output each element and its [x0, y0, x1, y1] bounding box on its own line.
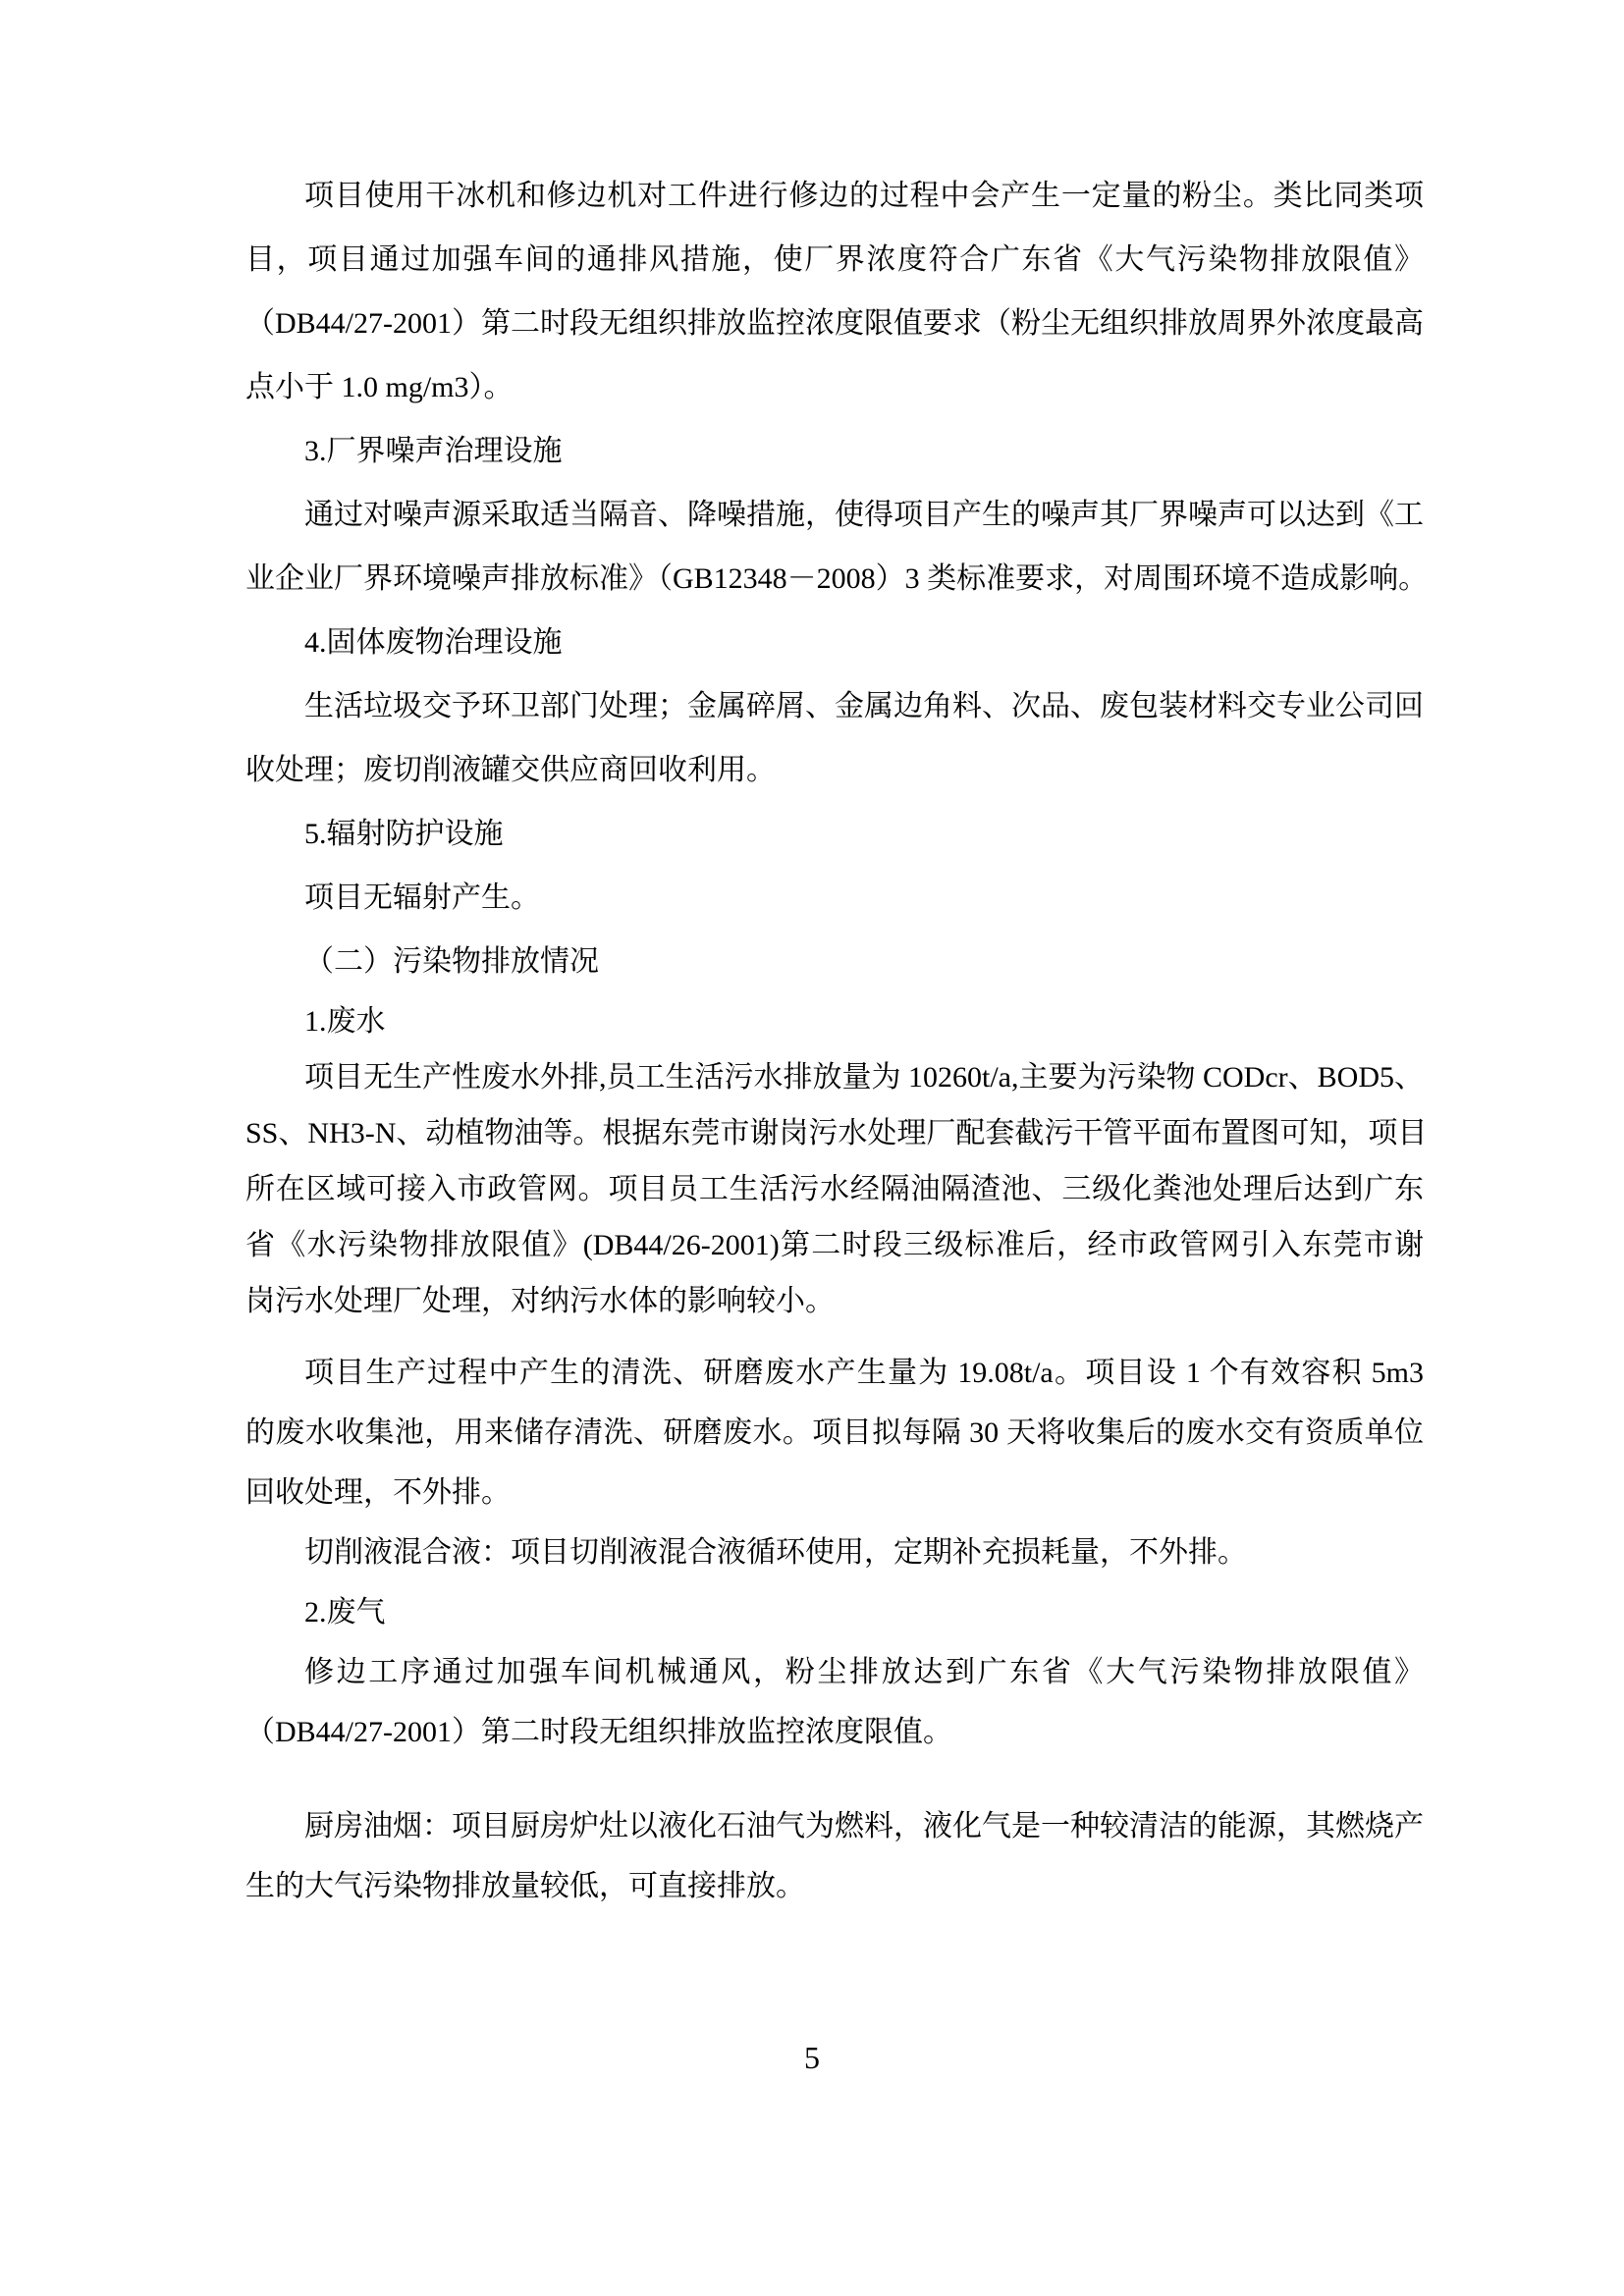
paragraph-line: 目，项目通过加强车间的通排风措施，使厂界浓度符合广东省《大气污染物排放限值》 [245, 228, 1424, 292]
paragraph-block: 项目无辐射产生。 [245, 866, 1424, 930]
document-body: 项目使用干冰机和修边机对工件进行修边的过程中会产生一定量的粉尘。类比同类项目，项… [245, 164, 1424, 1916]
heading-line: 5.辐射防护设施 [245, 802, 1424, 866]
page-number: 5 [0, 2040, 1624, 2075]
heading-block: 5.辐射防护设施 [245, 802, 1424, 866]
heading-line: （二）污染物排放情况 [245, 930, 1424, 993]
paragraph-block: 生活垃圾交予环卫部门处理；金属碎屑、金属边角料、次品、废包装材料交专业公司回收处… [245, 674, 1424, 802]
paragraph-line: 项目生产过程中产生的清洗、研磨废水产生量为 19.08t/a。项目设 1 个有效… [245, 1343, 1424, 1403]
heading-block: 4.固体废物治理设施 [245, 611, 1424, 674]
paragraph-line: 收处理；废切削液罐交供应商回收利用。 [245, 738, 1424, 802]
paragraph-line: 厨房油烟：项目厨房炉灶以液化石油气为燃料，液化气是一种较清洁的能源，其燃烧产 [245, 1796, 1424, 1856]
paragraph-line: 岗污水处理厂处理，对纳污水体的影响较小。 [245, 1273, 1424, 1329]
paragraph-line: （DB44/27-2001）第二时段无组织排放监控浓度限值。 [245, 1702, 1424, 1762]
paragraph-line: 业企业厂界环境噪声排放标准》（GB12348－2008）3 类标准要求，对周围环… [245, 547, 1424, 611]
paragraph-line: 项目无生产性废水外排,员工生活污水排放量为 10260t/a,主要为污染物 CO… [245, 1049, 1424, 1105]
paragraph-line: 切削液混合液：项目切削液混合液循环使用，定期补充损耗量，不外排。 [245, 1522, 1424, 1582]
paragraph-block: 项目生产过程中产生的清洗、研磨废水产生量为 19.08t/a。项目设 1 个有效… [245, 1343, 1424, 1522]
paragraph-line: （DB44/27-2001）第二时段无组织排放监控浓度限值要求（粉尘无组织排放周… [245, 292, 1424, 355]
heading-line: 3.厂界噪声治理设施 [245, 419, 1424, 483]
document-page: 项目使用干冰机和修边机对工件进行修边的过程中会产生一定量的粉尘。类比同类项目，项… [0, 0, 1624, 2296]
paragraph-line: 回收处理，不外排。 [245, 1463, 1424, 1522]
paragraph-block: 项目使用干冰机和修边机对工件进行修边的过程中会产生一定量的粉尘。类比同类项目，项… [245, 164, 1424, 419]
paragraph-line: 的废水收集池，用来储存清洗、研磨废水。项目拟每隔 30 天将收集后的废水交有资质… [245, 1403, 1424, 1463]
paragraph-line: 项目无辐射产生。 [245, 866, 1424, 930]
heading-block: （二）污染物排放情况 [245, 930, 1424, 993]
paragraph-line: 省《水污染物排放限值》(DB44/26-2001)第二时段三级标准后，经市政管网… [245, 1217, 1424, 1273]
heading-block: 3.厂界噪声治理设施 [245, 419, 1424, 483]
paragraph-block: 项目无生产性废水外排,员工生活污水排放量为 10260t/a,主要为污染物 CO… [245, 1049, 1424, 1329]
heading-line: 4.固体废物治理设施 [245, 611, 1424, 674]
paragraph-line: 通过对噪声源采取适当隔音、降噪措施，使得项目产生的噪声其厂界噪声可以达到《工 [245, 483, 1424, 547]
heading-block: 2.废气 [245, 1582, 1424, 1642]
paragraph-line: 修边工序通过加强车间机械通风，粉尘排放达到广东省《大气污染物排放限值》 [245, 1642, 1424, 1702]
paragraph-block: 修边工序通过加强车间机械通风，粉尘排放达到广东省《大气污染物排放限值》（DB44… [245, 1642, 1424, 1762]
heading-line: 2.废气 [245, 1582, 1424, 1642]
heading-block: 1.废水 [245, 993, 1424, 1049]
paragraph-block: 通过对噪声源采取适当隔音、降噪措施，使得项目产生的噪声其厂界噪声可以达到《工业企… [245, 483, 1424, 611]
paragraph-block: 切削液混合液：项目切削液混合液循环使用，定期补充损耗量，不外排。 [245, 1522, 1424, 1582]
paragraph-block: 厨房油烟：项目厨房炉灶以液化石油气为燃料，液化气是一种较清洁的能源，其燃烧产生的… [245, 1796, 1424, 1916]
paragraph-line: 生的大气污染物排放量较低，可直接排放。 [245, 1856, 1424, 1916]
paragraph-line: 项目使用干冰机和修边机对工件进行修边的过程中会产生一定量的粉尘。类比同类项 [245, 164, 1424, 228]
paragraph-line: 点小于 1.0 mg/m3）。 [245, 355, 1424, 419]
paragraph-line: 生活垃圾交予环卫部门处理；金属碎屑、金属边角料、次品、废包装材料交专业公司回 [245, 674, 1424, 738]
heading-line: 1.废水 [245, 993, 1424, 1049]
paragraph-line: 所在区域可接入市政管网。项目员工生活污水经隔油隔渣池、三级化粪池处理后达到广东 [245, 1161, 1424, 1217]
paragraph-line: SS、NH3-N、动植物油等。根据东莞市谢岗污水处理厂配套截污干管平面布置图可知… [245, 1105, 1424, 1161]
